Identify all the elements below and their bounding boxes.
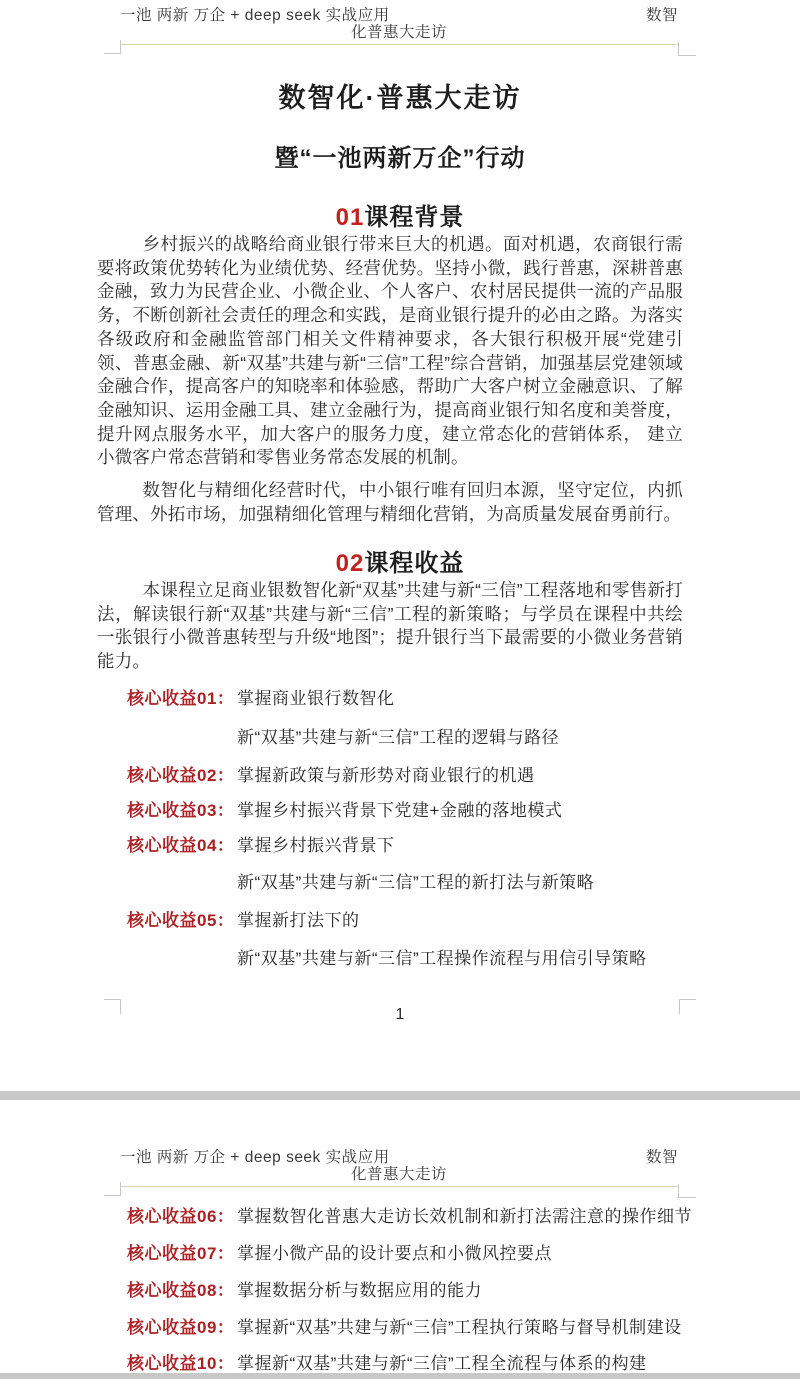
benefit-intro-paragraph: 本课程立足商业银数智化新“双基”共建与新“三信”工程落地和零售新打法，解读银行新… [97,579,683,674]
benefit-item-10: 核心收益10：掌握新“双基”共建与新“三信”工程全流程与体系的构建 [127,1353,647,1375]
running-header-right: 数智 [646,6,678,26]
benefit-label: 核心收益07： [127,1243,237,1265]
benefit-item-09: 核心收益09：掌握新“双基”共建与新“三信”工程执行策略与督导机制建设 [127,1317,682,1339]
running-header-row: 一池 两新 万企 + deep seek 实战应用 数智 [120,1148,678,1168]
benefit-label: 核心收益06： [127,1206,237,1228]
benefit-item-05-cont: 新“双基”共建与新“三信”工程操作流程与用信引导策略 [127,948,647,970]
section-title: 课程背景 [364,204,464,231]
section-heading-background: 01课程背景 [0,197,800,232]
section-title: 课程收益 [364,550,464,577]
benefit-item-03: 核心收益03：掌握乡村振兴背景下党建+金融的落地模式 [127,800,562,822]
benefit-label: 核心收益03： [127,800,237,822]
running-header-center: 化普惠大走访 [120,24,678,42]
benefit-label: 核心收益05： [127,910,237,932]
benefit-label: 核心收益01： [127,688,237,710]
margin-corner-mark [104,1182,121,1196]
running-header: 一池 两新 万企 + deep seek 实战应用 数智 化普惠大走访 [120,1148,678,1187]
document-subtitle: 暨“一池两新万企”行动 [0,138,800,173]
benefit-item-01-cont: 新“双基”共建与新“三信”工程的逻辑与路径 [127,727,559,749]
section-heading-benefit: 02课程收益 [0,543,800,578]
benefit-label: 核心收益09： [127,1317,237,1339]
section-number: 02 [336,550,365,577]
running-header: 一池 两新 万企 + deep seek 实战应用 数智 化普惠大走访 [120,6,678,45]
background-paragraph-1: 乡村振兴的战略给商业银行带来巨大的机遇。面对机遇，农商银行需要将政策优势转化为业… [97,233,683,470]
running-header-left: 一池 两新 万企 + deep seek 实战应用 [120,1148,390,1168]
benefit-label: 核心收益02： [127,765,237,787]
margin-corner-mark [678,42,696,56]
running-header-right: 数智 [646,1148,678,1168]
running-header-row: 一池 两新 万企 + deep seek 实战应用 数智 [120,6,678,26]
benefit-item-07: 核心收益07：掌握小微产品的设计要点和小微风控要点 [127,1243,552,1265]
benefit-item-05: 核心收益05：掌握新打法下的 [127,910,360,932]
benefit-label: 核心收益08： [127,1280,237,1302]
benefit-item-08: 核心收益08：掌握数据分析与数据应用的能力 [127,1280,482,1302]
benefit-item-04-cont: 新“双基”共建与新“三信”工程的新打法与新策略 [127,872,594,894]
benefit-label: 核心收益04： [127,835,237,857]
running-header-left: 一池 两新 万企 + deep seek 实战应用 [120,6,390,26]
page-separator [0,1091,800,1100]
document-page-1: 一池 两新 万企 + deep seek 实战应用 数智 化普惠大走访 数智化·… [0,0,800,1091]
benefit-label: 核心收益10： [127,1353,237,1375]
page-number: 1 [0,1006,800,1024]
benefit-item-04: 核心收益04：掌握乡村振兴背景下 [127,835,395,857]
document-title: 数智化·普惠大走访 [0,76,800,115]
section-number: 01 [336,204,365,231]
margin-corner-mark [678,1184,696,1198]
benefit-item-01: 核心收益01：掌握商业银行数智化 [127,688,395,710]
benefit-item-02: 核心收益02：掌握新政策与新形势对商业银行的机遇 [127,765,535,787]
running-header-center: 化普惠大走访 [120,1166,678,1184]
benefit-item-06: 核心收益06：掌握数智化普惠大走访长效机制和新打法需注意的操作细节 [127,1206,692,1228]
document-page-2: 一池 两新 万企 + deep seek 实战应用 数智 化普惠大走访 核心收益… [0,1100,800,1373]
margin-corner-mark [104,40,121,54]
background-paragraph-2: 数智化与精细化经营时代，中小银行唯有回归本源，坚守定位，内抓管理、外拓市场，加强… [97,479,683,526]
